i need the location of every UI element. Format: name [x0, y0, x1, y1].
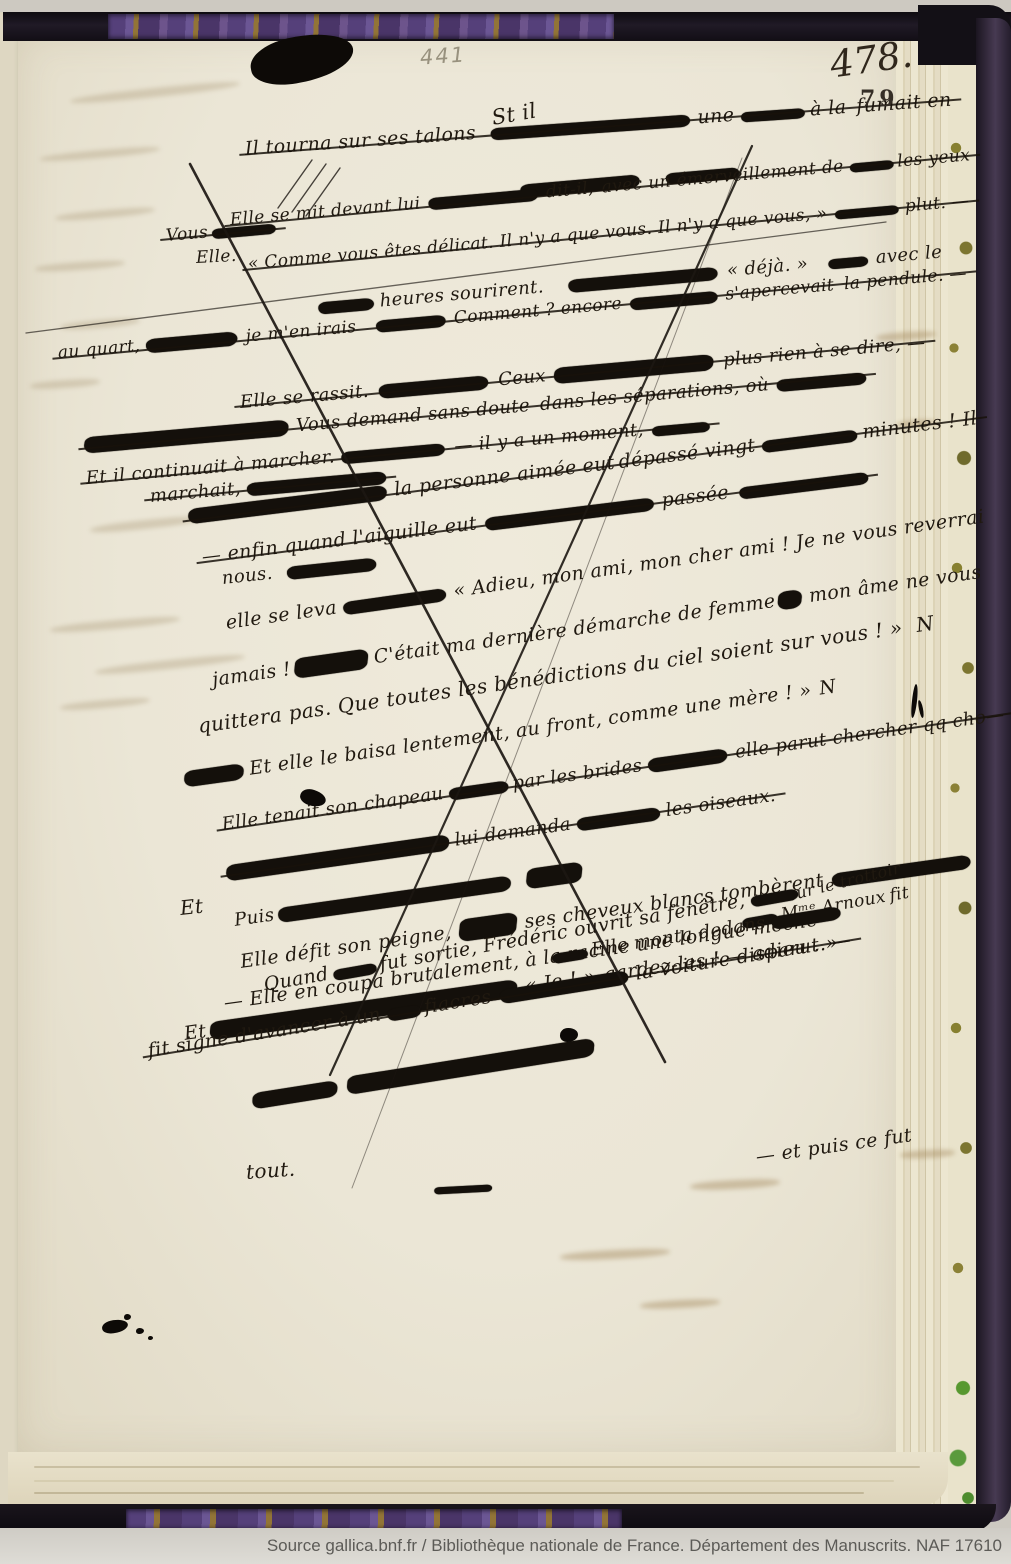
crossout-diagonal-line: [292, 164, 326, 212]
pencil-page-number: 441: [419, 42, 467, 69]
crossout-diagonal-line: [278, 160, 312, 208]
gallica-caption-bar: Source gallica.bnf.fr / Bibliothèque nat…: [0, 1528, 1011, 1564]
gallica-source-caption: Source gallica.bnf.fr / Bibliothèque nat…: [267, 1536, 1002, 1556]
crossout-diagonal-line: [306, 168, 340, 216]
crossout-diagonal-line: [352, 158, 742, 1188]
folio-number-stamp: 79: [860, 86, 899, 112]
crossout-diagonals: [0, 0, 1011, 1564]
digitized-manuscript-photo: Il tourna sur ses talonsuneà lafumait en…: [0, 0, 1011, 1564]
crossout-diagonal-line: [190, 164, 665, 1062]
crossout-diagonal-line: [26, 222, 886, 333]
